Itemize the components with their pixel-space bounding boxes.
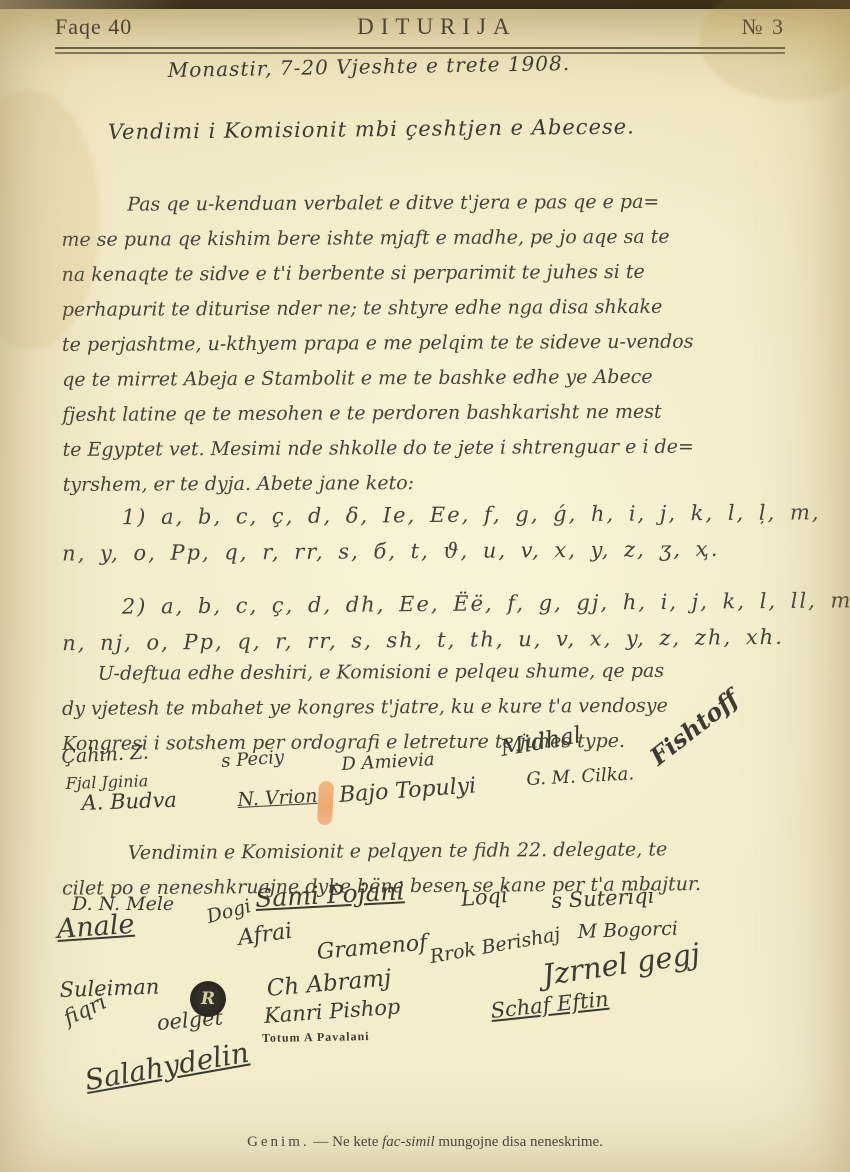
text-line: fjesht latine qe te mesohen e te perdore…	[62, 394, 794, 433]
text-line: Pas qe u-kenduan verbalet e ditve t'jera…	[61, 184, 793, 223]
signature: Suleiman	[59, 975, 160, 1002]
signature: N. Vrion	[237, 785, 318, 811]
text-line: perhapurit te diturise nder ne; te shtyr…	[62, 289, 794, 328]
tape-stain	[317, 781, 334, 826]
signature: M Bogorci	[577, 918, 678, 943]
footer-text: — Ne kete	[310, 1134, 382, 1150]
text-line: te Egyptet vet. Mesimi nde shkolle do te…	[62, 429, 794, 468]
text-line: te perjashtme, u-kthyem prapa e me pelqi…	[62, 324, 794, 363]
stamp-caption: Totum A Pavalani	[262, 1029, 370, 1046]
paragraph-1: Pas qe u-kenduan verbalet e ditve t'jera…	[61, 184, 795, 503]
signature: Çahin. Z.	[61, 741, 149, 768]
seal-stamp-icon: R	[190, 981, 226, 1017]
signature: Salahydelin	[82, 1036, 251, 1097]
alphabet-list-2: 2) a, b, c, ç, d, dh, Ee, Ëë, f, g, gj, …	[62, 583, 795, 661]
alphabet-line: n, y, o, Pp, q, r, rr, s, б, t, ϑ, u, v,…	[62, 530, 794, 571]
signature: s Peciy	[221, 747, 285, 772]
text-line: na kenaqte te sidve e t'i berbente si pe…	[62, 254, 794, 293]
magazine-page: Faqe 40 DITURIJA № 3 Monastir, 7-20 Vjes…	[0, 0, 850, 1172]
text-line: me se puna qe kishim bere ishte mjaft e …	[61, 219, 793, 258]
footer-label: Genim.	[247, 1134, 310, 1150]
signature: Jzrnel gegj	[540, 936, 702, 992]
alphabet-line: 1) a, b, c, ç, d, δ, Ie, Ee, f, g, ǵ, h,…	[62, 494, 794, 535]
magazine-title: DITURIJA	[357, 14, 517, 40]
dateline: Monastir, 7-20 Vjeshte e trete 1908.	[168, 51, 571, 82]
issue-number: № 3	[741, 14, 785, 40]
signature: Bajo Topulyi	[338, 773, 477, 808]
text-line: Vendimin e Komisionit e pelqyen te fidh …	[62, 831, 794, 871]
text-line: qe te mirret Abeja e Stambolit e me te b…	[62, 359, 794, 398]
signature: Anale	[56, 909, 136, 945]
text-line: U-deftua edhe deshiri, e Komisioni e pel…	[62, 653, 794, 692]
signature: D Amievia	[341, 749, 435, 775]
footer-facsimil: fac-simil	[382, 1134, 435, 1150]
page-number: Faqe 40	[55, 14, 132, 40]
signature: Gramenof	[316, 930, 428, 965]
signature: s Suteriqi	[551, 884, 655, 913]
signature: Afrai	[237, 919, 294, 951]
footer-text-tail: mungojne disa neneskrime.	[435, 1134, 603, 1150]
signature: A. Budva	[81, 788, 177, 815]
signature: G. M. Cilka.	[526, 763, 635, 790]
scan-edge-strip	[0, 0, 850, 9]
alphabet-list-1: 1) a, b, c, ç, d, δ, Ie, Ee, f, g, ǵ, h,…	[62, 494, 794, 571]
footer-note: Genim. — Ne kete fac-simil mungojne disa…	[0, 1134, 850, 1151]
document-title: Vendimi i Komisionit mbi çeshtjen e Abec…	[108, 114, 635, 144]
signature: Schaf Eftin	[489, 987, 609, 1023]
stamp-monogram: R	[201, 989, 215, 1009]
signature: Loqi	[460, 883, 509, 911]
page-header: Faqe 40 DITURIJA № 3	[55, 14, 785, 44]
